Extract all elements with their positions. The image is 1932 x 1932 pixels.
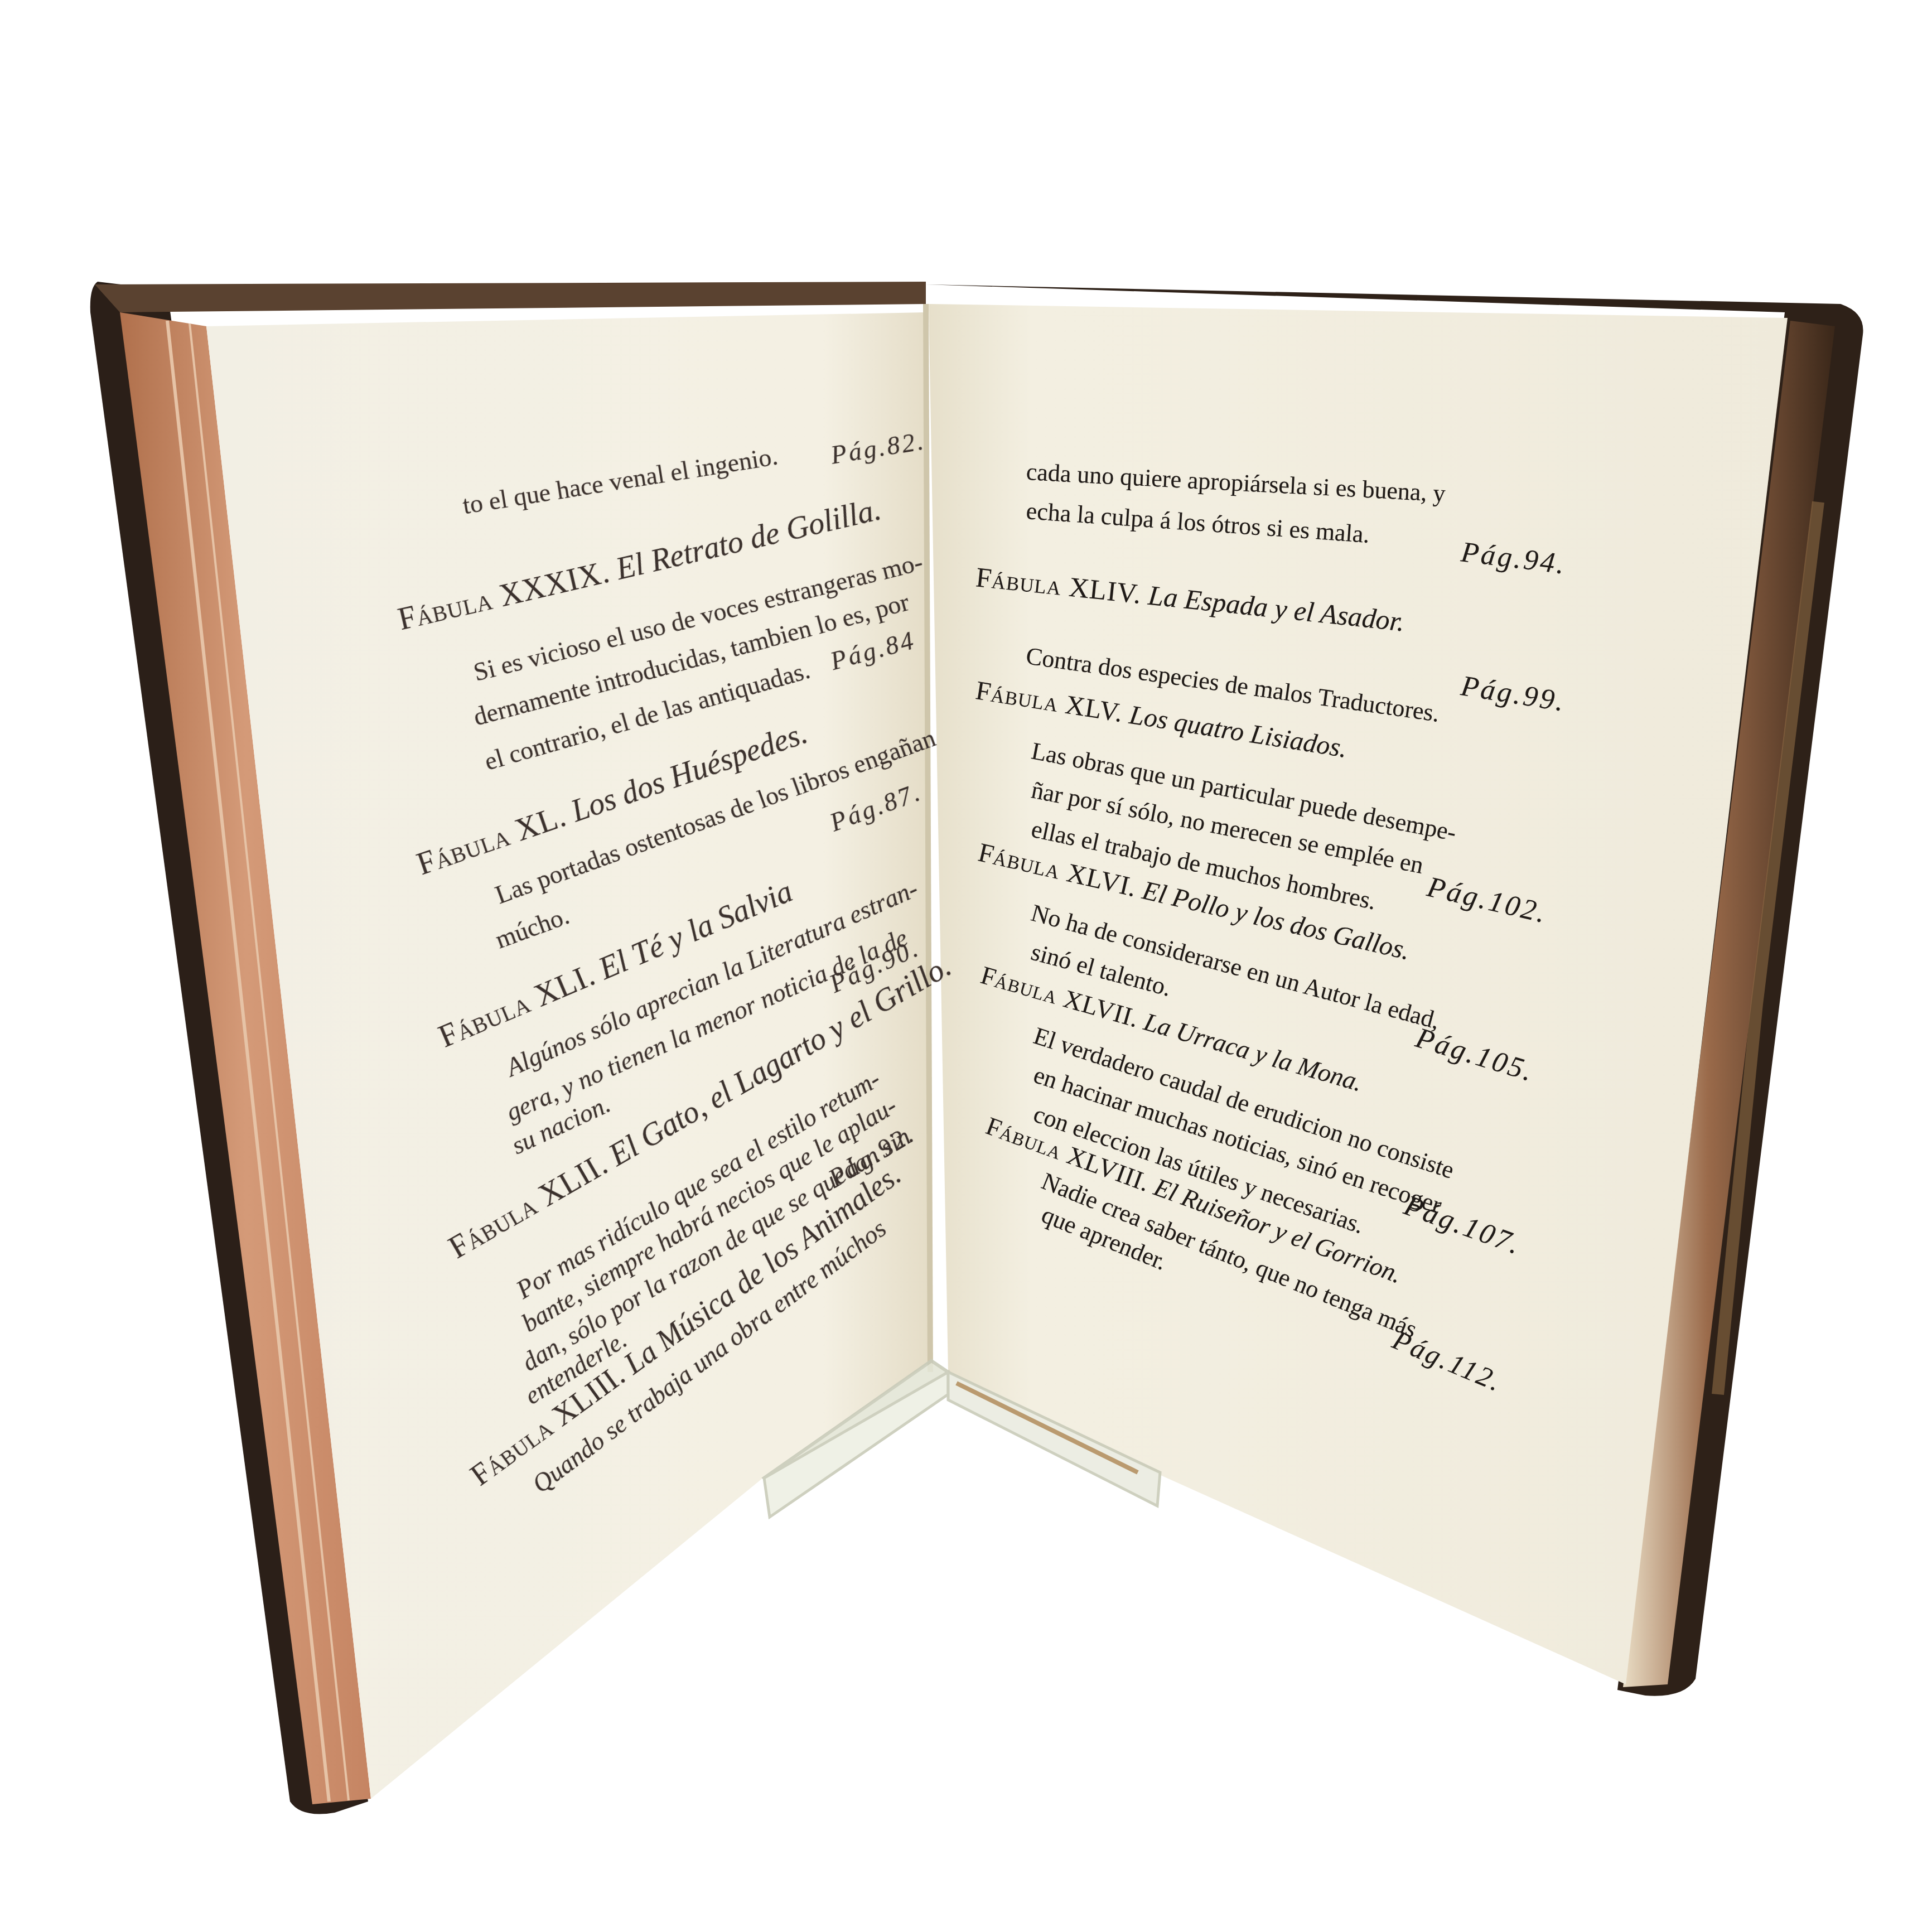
book-photo: to el que hace venal el ingenio. Pág.82.… [0, 0, 1932, 1932]
book-illustration [0, 0, 1932, 1932]
